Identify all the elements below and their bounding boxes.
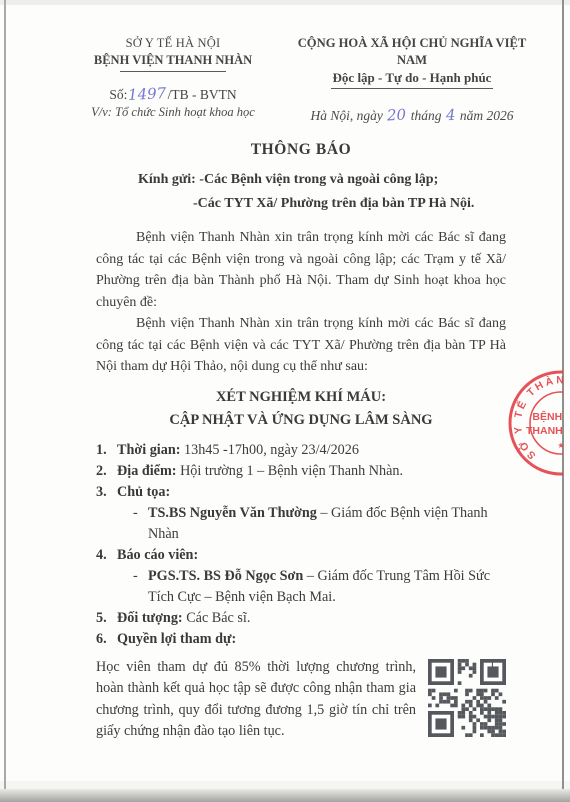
benefit-section: Học viên tham dự đủ 85% thời lượng chươn… bbox=[96, 657, 506, 743]
scan-edge-bottom bbox=[0, 789, 570, 802]
issuing-department: SỞ Y TẾ HÀ NỘI bbox=[64, 35, 282, 52]
agenda-item-benefits: 6.Quyền lợi tham dự: bbox=[96, 629, 506, 650]
doc-number-prefix: Số: bbox=[109, 87, 127, 102]
scanned-document-page: SỞ Y TẾ HÀ NỘI BỆNH VIỆN THANH NHÀN Số:1… bbox=[0, 0, 570, 802]
national-title: CỘNG HOÀ XÃ HỘI CHỦ NGHĨA VIỆT NAM bbox=[290, 35, 534, 69]
agenda-chair-person: -TS.BS Nguyễn Văn Thường – Giám đốc Bệnh… bbox=[96, 503, 506, 545]
letterhead: SỞ Y TẾ HÀ NỘI BỆNH VIỆN THANH NHÀN Số:1… bbox=[0, 0, 570, 124]
agenda-number: 6. bbox=[96, 629, 117, 650]
svg-text:BỆNH VIỆN: BỆNH VIỆN bbox=[532, 410, 563, 423]
handwritten-month: 4 bbox=[444, 106, 456, 125]
document-number: Số:1497/TB - BVTN bbox=[64, 85, 282, 103]
document-title: THÔNG BÁO bbox=[96, 141, 506, 159]
page-number: 1 bbox=[489, 657, 496, 673]
doc-number-suffix: /TB - BVTN bbox=[168, 87, 237, 102]
national-header-block: CỘNG HOÀ XÃ HỘI CHỦ NGHĨA VIỆT NAM Độc l… bbox=[290, 35, 534, 124]
agenda-label: Quyền lợi tham dự: bbox=[117, 631, 236, 647]
scan-edge-bottom-fade bbox=[0, 781, 570, 789]
agenda-number: 5. bbox=[96, 608, 117, 629]
chair-person-name: TS.BS Nguyễn Văn Thường bbox=[148, 505, 317, 521]
recipient-line-1: Kính gửi: -Các Bệnh viện trong và ngoài … bbox=[96, 168, 506, 192]
agenda-number: 4. bbox=[96, 545, 117, 566]
agenda-label: Đối tượng: bbox=[117, 610, 183, 626]
issuer-block: SỞ Y TẾ HÀ NỘI BỆNH VIỆN THANH NHÀN Số:1… bbox=[64, 35, 282, 124]
stamp-graphic: SỞ Y TẾ THÀNH PHỐ HÀ NỘI BỆNH VIỆN THANH… bbox=[499, 368, 563, 484]
handwritten-day: 20 bbox=[386, 105, 408, 124]
recipients-block: Kính gửi: -Các Bệnh viện trong và ngoài … bbox=[96, 168, 506, 216]
agenda-speaker-person: -PGS.TS. BS Đỗ Ngọc Sơn – Giám đốc Trung… bbox=[96, 566, 506, 608]
seminar-topic-line1: XÉT NGHIỆM KHÍ MÁU: bbox=[96, 386, 506, 409]
speaker-person-name: PGS.TS. BS Đỗ Ngọc Sơn bbox=[148, 568, 303, 584]
intro-paragraph-2: Bệnh viện Thanh Nhàn xin trân trọng kính… bbox=[96, 313, 506, 378]
document-body: THÔNG BÁO Kính gửi: -Các Bệnh viện trong… bbox=[0, 141, 570, 743]
agenda-label: Thời gian: bbox=[117, 442, 180, 458]
issue-date: Hà Nội, ngày 20 tháng 4 năm 2026 bbox=[290, 106, 534, 124]
intro-paragraph-1: Bệnh viện Thanh Nhàn xin trân trọng kính… bbox=[96, 227, 506, 313]
benefit-paragraph: Học viên tham dự đủ 85% thời lượng chươn… bbox=[96, 657, 416, 743]
scan-edge-left bbox=[4, 0, 6, 789]
issuing-hospital: BỆNH VIỆN THANH NHÀN bbox=[64, 52, 282, 69]
agenda-label: Chủ tọa: bbox=[117, 484, 170, 500]
chair-person-text: TS.BS Nguyễn Văn Thường – Giám đốc Bệnh … bbox=[148, 503, 506, 545]
svg-text:★: ★ bbox=[557, 441, 563, 450]
agenda-item-speaker: 4.Báo cáo viên: bbox=[96, 545, 506, 566]
agenda-number: 3. bbox=[96, 482, 117, 503]
agenda-item-audience: 5.Đối tượng: Các Bác sĩ. bbox=[96, 608, 506, 629]
date-mid: tháng bbox=[407, 108, 445, 123]
scan-edge-top bbox=[0, 0, 570, 5]
motto-wrap: Độc lập - Tự do - Hạnh phúc bbox=[290, 69, 534, 89]
seminar-topic: XÉT NGHIỆM KHÍ MÁU: CẬP NHẬT VÀ ỨNG DỤNG… bbox=[96, 386, 506, 432]
bullet-dash: - bbox=[133, 566, 148, 608]
handwritten-doc-number: 1497 bbox=[127, 84, 168, 104]
seminar-topic-line2: CẬP NHẬT VÀ ỨNG DỤNG LÂM SÀNG bbox=[96, 409, 506, 432]
date-suffix: năm 2026 bbox=[456, 108, 513, 123]
recipient-line-2: -Các TYT Xã/ Phường trên địa bàn TP Hà N… bbox=[96, 192, 506, 216]
agenda-value: 13h45 -17h00, ngày 23/4/2026 bbox=[180, 442, 359, 458]
agenda-label: Báo cáo viên: bbox=[117, 547, 198, 563]
svg-text:THANH NHÀN: THANH NHÀN bbox=[526, 424, 563, 437]
agenda-value: Hội trường 1 – Bệnh viện Thanh Nhàn. bbox=[177, 463, 404, 479]
agenda-item-time: 1.Thời gian: 13h45 -17h00, ngày 23/4/202… bbox=[96, 440, 506, 461]
document-subject: V/v: Tổ chức Sinh hoạt khoa học bbox=[64, 105, 282, 120]
date-prefix: Hà Nội, ngày bbox=[311, 108, 387, 123]
agenda-value: Các Bác sĩ. bbox=[183, 610, 251, 626]
agenda-item-location: 2.Địa điểm: Hội trường 1 – Bệnh viện Tha… bbox=[96, 461, 506, 482]
bullet-dash: - bbox=[133, 503, 148, 545]
agenda-number: 1. bbox=[96, 440, 117, 461]
agenda-label: Địa điểm: bbox=[117, 463, 177, 479]
agenda-list: 1.Thời gian: 13h45 -17h00, ngày 23/4/202… bbox=[96, 440, 506, 650]
hospital-round-stamp: SỞ Y TẾ THÀNH PHỐ HÀ NỘI BỆNH VIỆN THANH… bbox=[499, 368, 563, 484]
agenda-item-chair: 3.Chủ tọa: bbox=[96, 482, 506, 503]
issuer-underline bbox=[120, 71, 226, 72]
agenda-number: 2. bbox=[96, 461, 117, 482]
speaker-person-text: PGS.TS. BS Đỗ Ngọc Sơn – Giám đốc Trung … bbox=[148, 566, 506, 608]
national-motto: Độc lập - Tự do - Hạnh phúc bbox=[331, 70, 494, 89]
